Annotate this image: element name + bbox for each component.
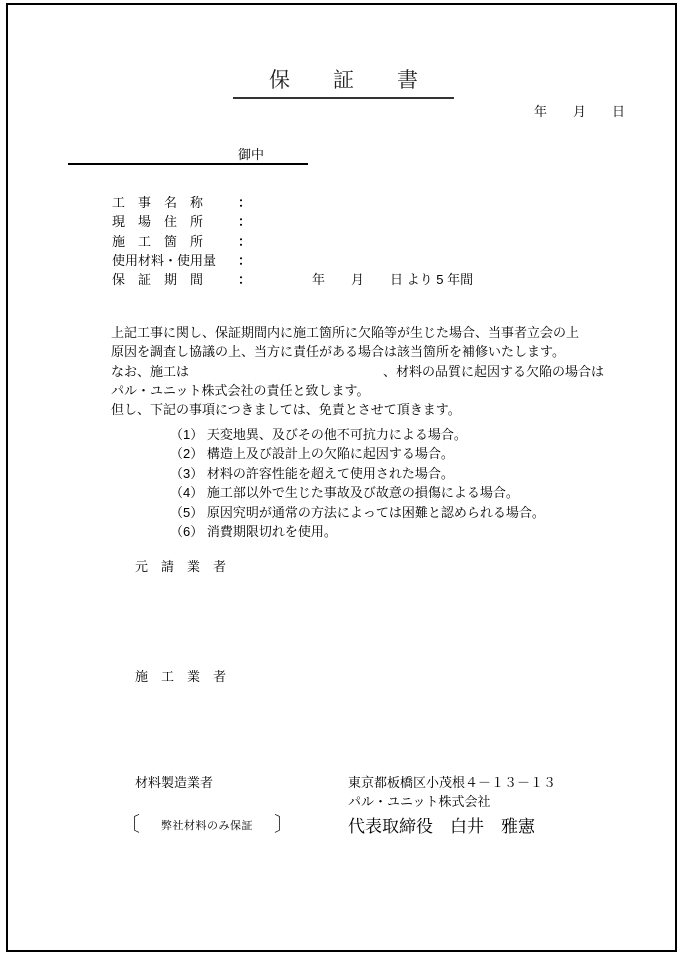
field-row-construction-name: 工 事 名 称： xyxy=(112,193,473,212)
open-bracket: 〔 xyxy=(120,813,140,837)
field-row-site-address: 現 場 住 所： xyxy=(112,212,473,231)
warranty-document-page: 保 証 書 年 月 日 御中 工 事 名 称： 現 場 住 所： 施 工 箇 所… xyxy=(0,0,687,961)
addressee-line: 御中 xyxy=(68,144,308,165)
close-bracket: 〕 xyxy=(274,813,294,837)
main-contractor-label: 元 請 業 者 xyxy=(135,556,226,575)
warranty-scope-note-text: 弊社材料のみ保証 xyxy=(161,817,253,833)
builder-label: 施 工 業 者 xyxy=(135,666,226,685)
manufacturer-address: 東京都板橋区小茂根４－１３－１３ xyxy=(348,772,556,791)
field-row-materials: 使用材料・使用量： xyxy=(112,251,473,270)
field-label: 使用材料・使用量 xyxy=(112,251,238,270)
exclusion-item: （5） 原因究明が通常の方法によっては困難と認められる場合。 xyxy=(170,503,545,522)
field-label: 施 工 箇 所 xyxy=(112,232,238,251)
field-list: 工 事 名 称： 現 場 住 所： 施 工 箇 所： 使用材料・使用量： 保 証… xyxy=(112,193,473,289)
field-colon: ： xyxy=(238,251,252,270)
body-line-1: 上記工事に関し、保証期間内に施工箇所に欠陥等が生じた場合、当事者立会の上 xyxy=(111,323,579,342)
body-paragraph: 上記工事に関し、保証期間内に施工箇所に欠陥等が生じた場合、当事者立会の上 原因を… xyxy=(111,323,579,419)
date-line: 年 月 日 xyxy=(534,101,625,120)
field-row-warranty-period: 保 証 期 間：年 月 日 より 5 年間 xyxy=(112,270,473,289)
field-value-warranty-period: 年 月 日 より 5 年間 xyxy=(312,270,473,289)
representative-name: 代表取締役 白井 雅憲 xyxy=(348,812,535,837)
field-colon: ： xyxy=(238,270,252,289)
warranty-scope-note: 〔 弊社材料のみ保証 〕 xyxy=(120,813,294,837)
document-title: 保 証 書 xyxy=(233,64,454,99)
exclusion-item: （4） 施工部以外で生じた事故及び故意の損傷による場合。 xyxy=(170,483,545,502)
body-line-3-right: 、材料の品質に起因する欠陥の場合は xyxy=(383,362,604,381)
field-label: 工 事 名 称 xyxy=(112,193,238,212)
manufacturer-label: 材料製造業者 xyxy=(135,772,213,791)
body-line-4: パル・ユニット株式会社の責任と致します。 xyxy=(111,381,579,400)
field-label: 保 証 期 間 xyxy=(112,270,238,289)
body-line-3-left: なお、施工は xyxy=(111,364,189,379)
field-colon: ： xyxy=(238,212,252,231)
field-colon: ： xyxy=(238,232,252,251)
body-line-3: なお、施工は 、材料の品質に起因する欠陥の場合は xyxy=(111,362,579,381)
exclusion-item: （2） 構造上及び設計上の欠陥に起因する場合。 xyxy=(170,444,545,463)
field-colon: ： xyxy=(238,193,252,212)
body-line-5: 但し、下記の事項につきましては、免責とさせて頂きます。 xyxy=(111,400,579,419)
exclusion-item: （1） 天変地異、及びその他不可抗力による場合。 xyxy=(170,425,545,444)
addressee-suffix: 御中 xyxy=(238,147,264,162)
field-row-work-location: 施 工 箇 所： xyxy=(112,232,473,251)
field-label: 現 場 住 所 xyxy=(112,212,238,231)
exclusion-item: （6） 消費期限切れを使用。 xyxy=(170,522,545,541)
exclusion-list: （1） 天変地異、及びその他不可抗力による場合。 （2） 構造上及び設計上の欠陥… xyxy=(170,425,545,541)
manufacturer-company-name: パル・ユニット株式会社 xyxy=(348,791,490,810)
exclusion-item: （3） 材料の許容性能を超えて使用された場合。 xyxy=(170,464,545,483)
body-line-2: 原因を調査し協議の上、当方に責任がある場合は該当箇所を補修いたします。 xyxy=(111,342,579,361)
